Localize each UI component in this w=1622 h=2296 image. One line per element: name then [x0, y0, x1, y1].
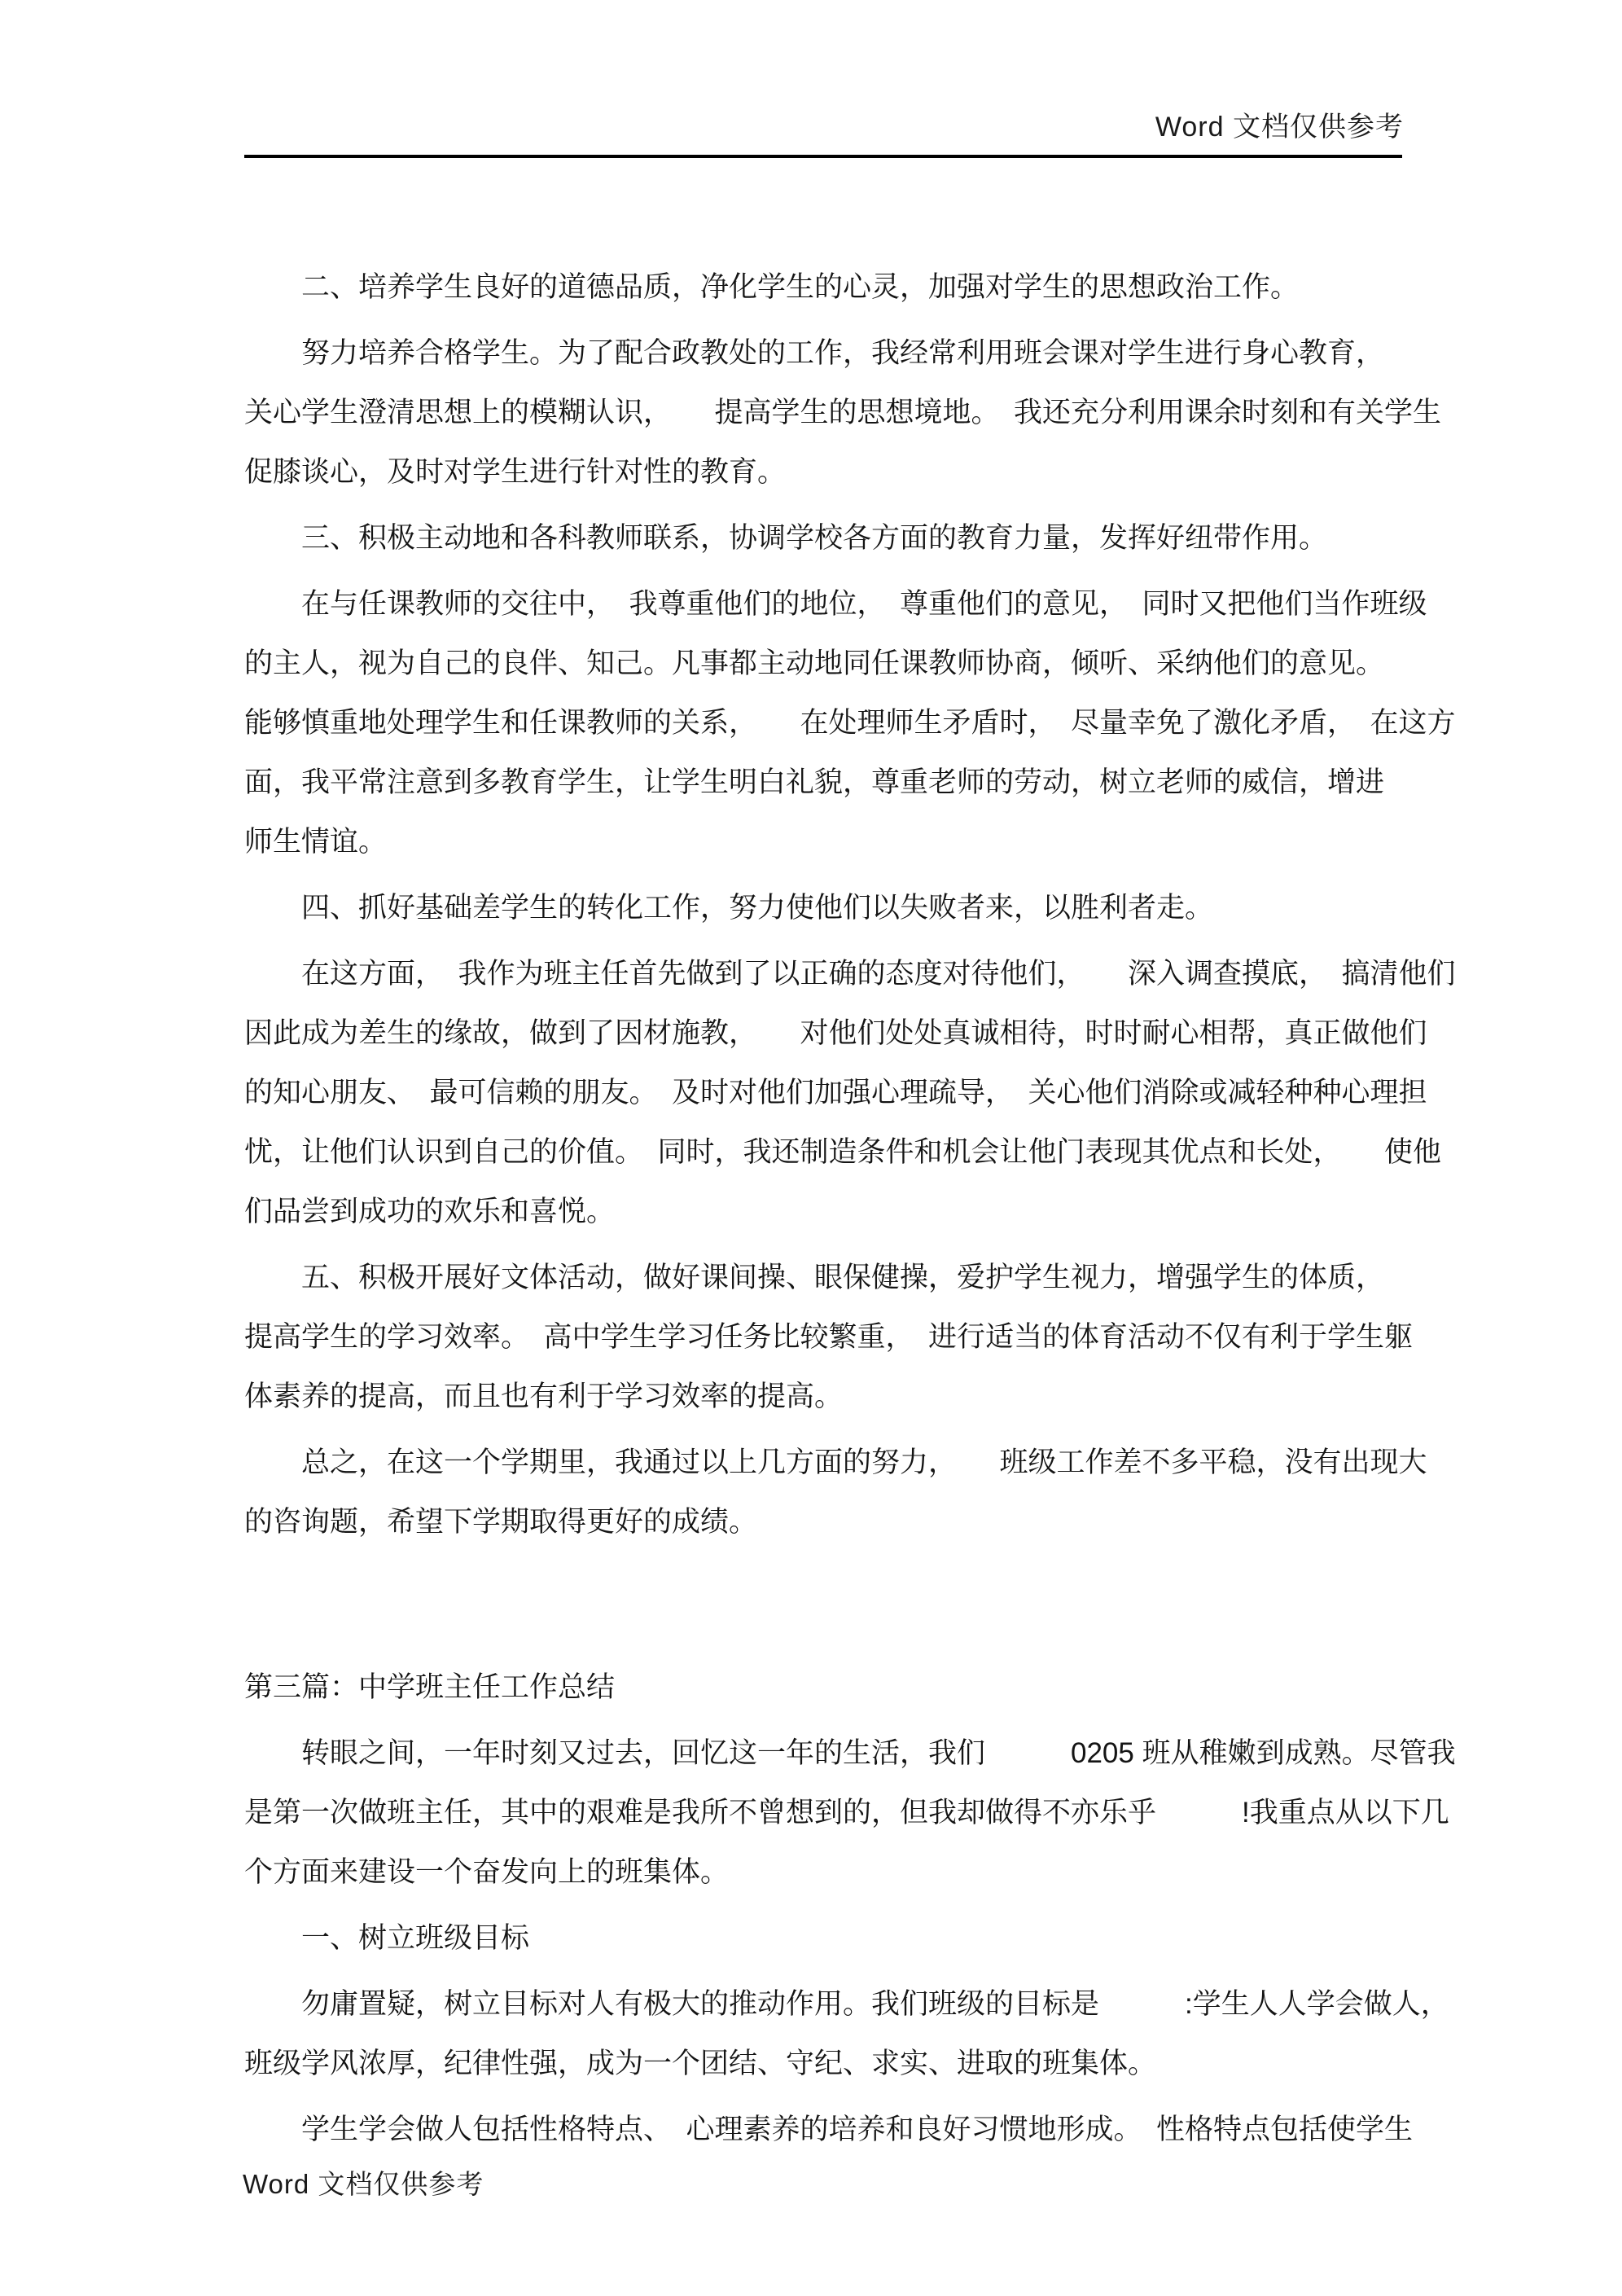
header-rule: [244, 155, 1402, 158]
paragraph-part3-intro: 转眼之间，一年时刻又过去，回忆这一年的生活，我们 0205 班从稚嫩到成熟。尽管…: [244, 1723, 1515, 1902]
part3-title: 第三篇：中学班主任工作总结: [244, 1657, 1515, 1717]
page-footer-text: Word 文档仅供参考: [243, 2168, 484, 2201]
document-page: Word 文档仅供参考 二、培养学生良好的道德品质，净化学生的心灵，加强对学生的…: [0, 0, 1622, 2296]
page-header-text: Word 文档仅供参考: [244, 111, 1404, 143]
document-body: 二、培养学生良好的道德品质，净化学生的心灵，加强对学生的思想政治工作。 努力培养…: [244, 160, 1515, 2166]
heading-section-4: 四、抓好基础差学生的转化工作，努力使他们以失败者来，以胜利者走。: [244, 878, 1515, 937]
paragraph-teacher-relations: 在与任课教师的交往中， 我尊重他们的地位， 尊重他们的意见， 同时又把他们当作班…: [244, 574, 1515, 871]
heading-section-3: 三、积极主动地和各科教师联系，协调学校各方面的教育力量，发挥好纽带作用。: [244, 508, 1515, 568]
paragraph-class-goal: 勿庸置疑，树立目标对人有极大的推动作用。我们班级的目标是 :学生人人学会做人， …: [244, 1974, 1515, 2093]
heading-section-2: 二、培养学生良好的道德品质，净化学生的心灵，加强对学生的思想政治工作。: [244, 257, 1515, 317]
paragraph-student-transformation: 在这方面， 我作为班主任首先做到了以正确的态度对待他们， 深入调查摸底， 搞清他…: [244, 944, 1515, 1241]
paragraph-semester-summary: 总之，在这一个学期里，我通过以上几方面的努力， 班级工作差不多平稳，没有出现大 …: [244, 1433, 1515, 1552]
paragraph-sports-activities: 五、积极开展好文体活动，做好课间操、眼保健操，爱护学生视力，增强学生的体质， 提…: [244, 1248, 1515, 1426]
paragraph-moral-education: 努力培养合格学生。为了配合政教处的工作，我经常利用班会课对学生进行身心教育， 关…: [244, 323, 1515, 502]
heading-class-goal: 一、树立班级目标: [244, 1908, 1515, 1968]
paragraph-student-conduct: 学生学会做人包括性格特点、 心理素养的培养和良好习惯地形成。 性格特点包括使学生: [244, 2100, 1515, 2159]
